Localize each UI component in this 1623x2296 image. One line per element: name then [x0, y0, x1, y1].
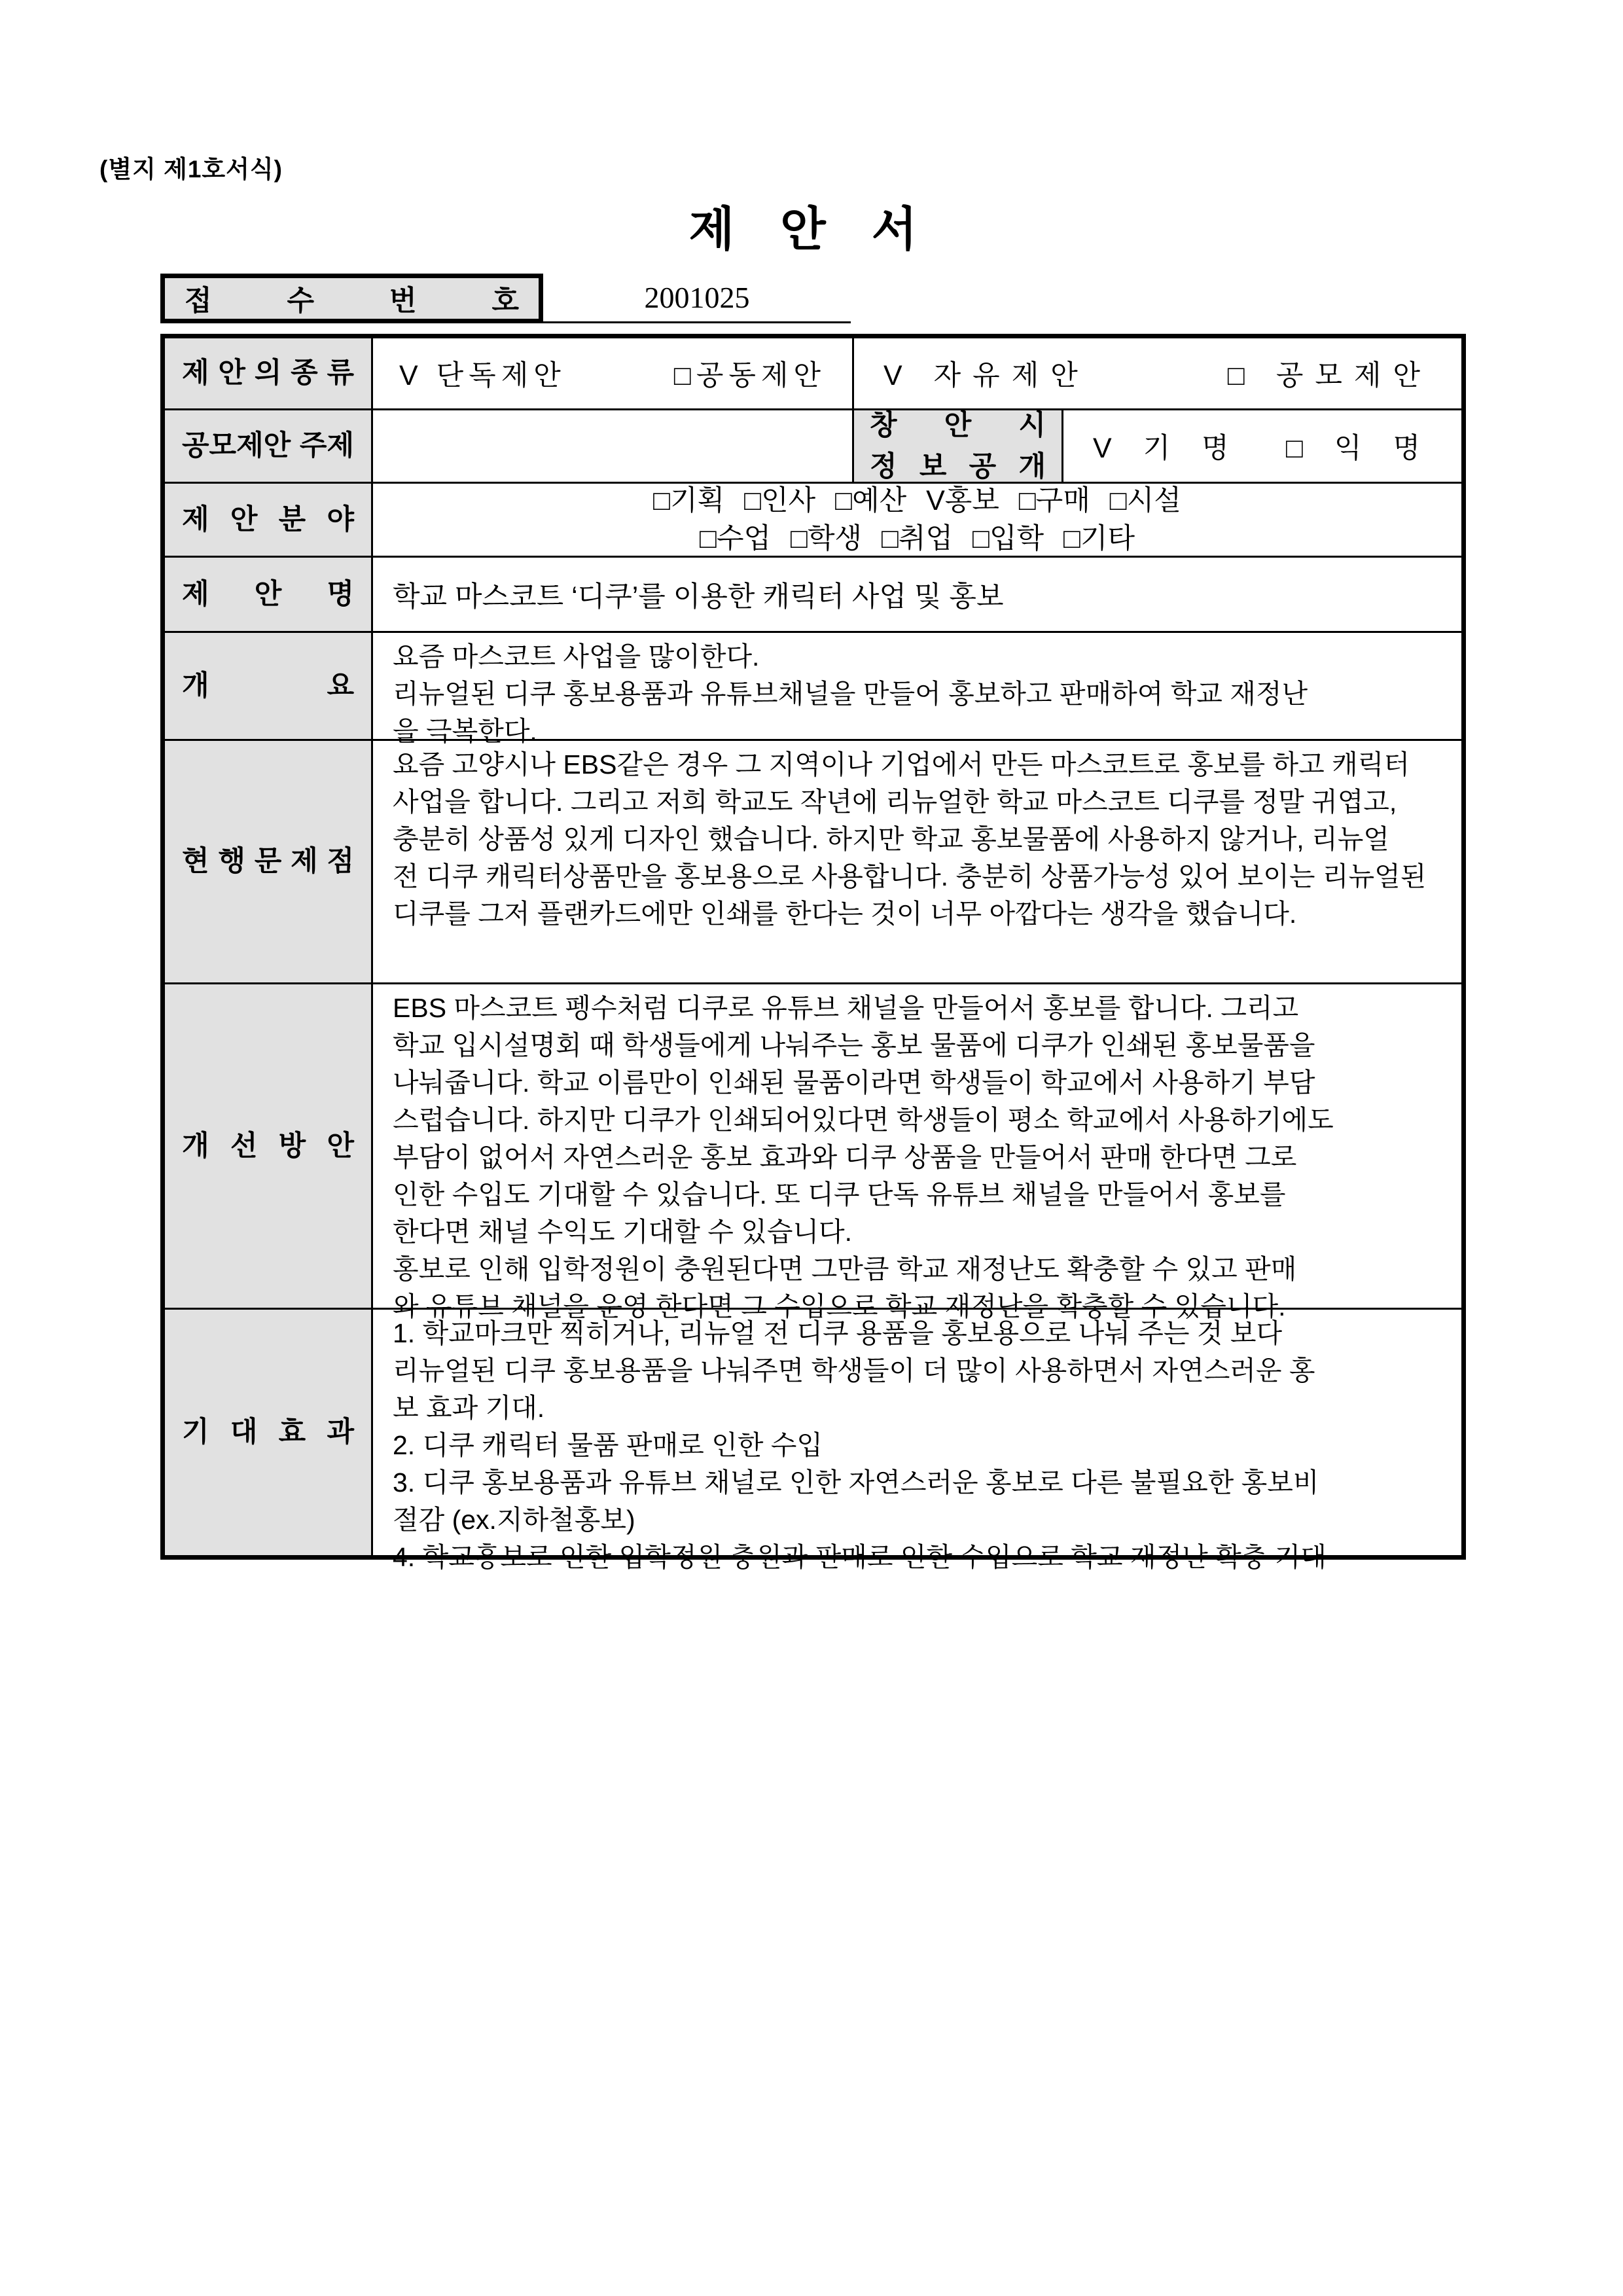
proposal-type-right-options: V 자유제안 □ 공모제안 — [854, 338, 1461, 408]
table-row-improvement-plan: 개 선 방 안 EBS 마스코트 펭수처럼 디쿠로 유튜브 채널을 만들어서 홍… — [165, 984, 1461, 1310]
improvement-plan-text: EBS 마스코트 펭수처럼 디쿠로 유튜브 채널을 만들어서 홍보를 합니다. … — [373, 984, 1461, 1308]
contest-topic-value-cell — [373, 410, 854, 482]
disclosure-label: 창 안 시 정 보 공 개 — [870, 405, 1046, 487]
current-problem-text: 요즘 고양시나 EBS같은 경우 그 지역이나 기업에서 만든 마스코트로 홍보… — [373, 741, 1461, 982]
proposal-name-value: 학교 마스코트 ‘디쿠’를 이용한 캐릭터 사업 및 홍보 — [373, 558, 1461, 631]
proposal-name-label: 제 안 명 — [182, 575, 354, 614]
checkbox-free-proposal[interactable]: V 자유제안 — [883, 353, 1090, 393]
expected-effect-text: 1. 학교마크만 찍히거나, 리뉴얼 전 디쿠 용품을 홍보용으로 나눠 주는 … — [373, 1310, 1461, 1555]
proposal-field-label: 제 안 분 야 — [182, 500, 354, 539]
current-problem-label-cell: 현 행 문 제 점 — [165, 741, 373, 982]
improvement-plan-label: 개 선 방 안 — [182, 1126, 354, 1166]
table-row-summary: 개 요 요즘 마스코트 사업을 많이한다. 리뉴얼된 디쿠 홍보용품과 유튜브채… — [165, 633, 1461, 741]
receipt-number-row: 접 수 번 호 2001025 — [160, 274, 851, 323]
summary-text: 요즘 마스코트 사업을 많이한다. 리뉴얼된 디쿠 홍보용품과 유튜브채널을 만… — [373, 633, 1461, 739]
proposal-field-label-cell: 제 안 분 야 — [165, 484, 373, 556]
checkbox-anonymous[interactable]: □ 익 명 — [1286, 426, 1432, 466]
proposal-type-label: 제 안 의 종 류 — [182, 353, 354, 393]
table-row-expected-effect: 기 대 효 과 1. 학교마크만 찍히거나, 리뉴얼 전 디쿠 용품을 홍보용으… — [165, 1310, 1461, 1555]
summary-label-cell: 개 요 — [165, 633, 373, 739]
table-row-proposal-type: 제 안 의 종 류 V 단독제안 □공동제안 V 자유제안 □ 공모제안 — [165, 338, 1461, 410]
proposal-field-options-line1[interactable]: □기획 □인사 □예산 V홍보 □구매 □시설 — [653, 482, 1181, 520]
proposal-field-options-line2[interactable]: □수업 □학생 □취업 □입학 □기타 — [700, 520, 1135, 558]
expected-effect-label: 기 대 효 과 — [182, 1412, 354, 1452]
proposal-type-label-cell: 제 안 의 종 류 — [165, 338, 373, 408]
improvement-plan-label-cell: 개 선 방 안 — [165, 984, 373, 1308]
table-row-contest-topic: 공모제안 주제 창 안 시 정 보 공 개 V 기 명 □ 익 명 — [165, 410, 1461, 484]
proposal-form-page: (별지 제1호서식) 제 안 서 접 수 번 호 2001025 제 안 의 종… — [0, 0, 1623, 2296]
current-problem-label: 현 행 문 제 점 — [182, 842, 354, 881]
disclosure-label-cell: 창 안 시 정 보 공 개 — [854, 410, 1063, 482]
form-code-note: (별지 제1호서식) — [99, 149, 283, 185]
proposal-table: 제 안 의 종 류 V 단독제안 □공동제안 V 자유제안 □ 공모제안 공모제… — [160, 334, 1466, 1560]
contest-topic-label-cell: 공모제안 주제 — [165, 410, 373, 482]
checkbox-independent-proposal[interactable]: V 단독제안 — [399, 353, 566, 393]
proposal-field-options: □기획 □인사 □예산 V홍보 □구매 □시설 □수업 □학생 □취업 □입학 … — [373, 484, 1461, 556]
table-row-current-problem: 현 행 문 제 점 요즘 고양시나 EBS같은 경우 그 지역이나 기업에서 만… — [165, 741, 1461, 984]
table-row-proposal-field: 제 안 분 야 □기획 □인사 □예산 V홍보 □구매 □시설 □수업 □학생 … — [165, 484, 1461, 558]
checkbox-named[interactable]: V 기 명 — [1093, 426, 1241, 466]
receipt-number-label: 접 수 번 호 — [185, 279, 519, 319]
checkbox-joint-proposal[interactable]: □공동제안 — [674, 353, 826, 393]
summary-label: 개 요 — [182, 666, 354, 706]
expected-effect-label-cell: 기 대 효 과 — [165, 1310, 373, 1555]
contest-topic-label: 공모제안 주제 — [182, 426, 354, 465]
proposal-type-left-options: V 단독제안 □공동제안 — [373, 338, 854, 408]
receipt-number-label-cell: 접 수 번 호 — [160, 274, 543, 323]
table-row-proposal-name: 제 안 명 학교 마스코트 ‘디쿠’를 이용한 캐릭터 사업 및 홍보 — [165, 558, 1461, 633]
checkbox-contest-proposal[interactable]: □ 공모제안 — [1228, 353, 1432, 393]
receipt-number-value: 2001025 — [543, 274, 851, 323]
disclosure-options: V 기 명 □ 익 명 — [1063, 410, 1461, 482]
proposal-name-label-cell: 제 안 명 — [165, 558, 373, 631]
page-title: 제 안 서 — [0, 191, 1623, 259]
